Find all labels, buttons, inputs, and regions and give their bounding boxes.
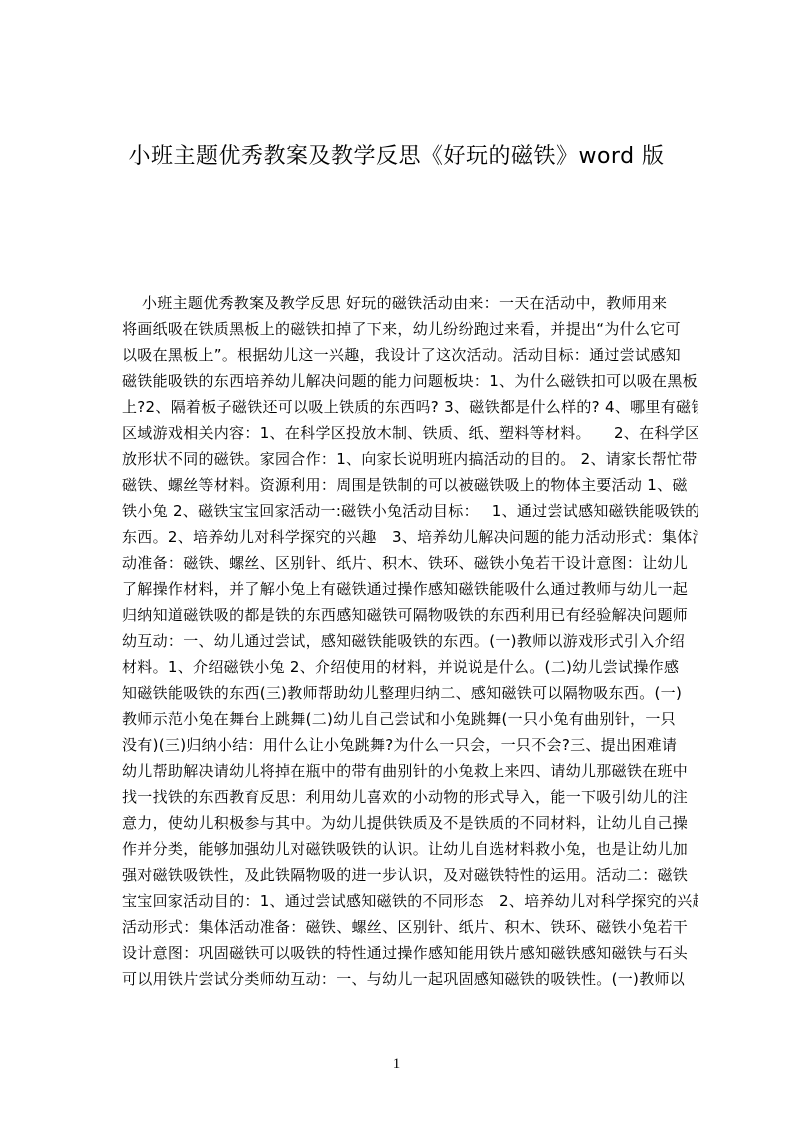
body-line: 东西。2、培养幼儿对科学探究的兴趣 3、培养幼儿解决问题的能力活动形式：集体活 <box>122 524 698 550</box>
body-line: 磁铁能吸铁的东西培养幼儿解决问题的能力问题板块：1、为什么磁铁扣可以吸在黑板 <box>122 368 698 394</box>
body-line: 宝宝回家活动目的：1、通过尝试感知磁铁的不同形态 2、培养幼儿对科学探究的兴趣 <box>122 888 698 914</box>
body-line: 铁小兔 2、磁铁宝宝回家活动一:磁铁小兔活动目标： 1、通过尝试感知磁铁能吸铁的 <box>122 498 698 524</box>
body-line: 没有)(三)归纳小结：用什么让小兔跳舞?为什么一只会，一只不会?三、提出困难请 <box>122 732 698 758</box>
document-body: 小班主题优秀教案及教学反思 好玩的磁铁活动由来：一天在活动中，教师用来 将画纸吸… <box>122 290 698 992</box>
body-line: 归纳知道磁铁吸的都是铁的东西感知磁铁可隔物吸铁的东西利用已有经验解决问题师 <box>122 602 698 628</box>
body-line: 找一找铁的东西教育反思：利用幼儿喜欢的小动物的形式导入，能一下吸引幼儿的注 <box>122 784 698 810</box>
body-line: 放形状不同的磁铁。家园合作：1、向家长说明班内搞活动的目的。 2、请家长帮忙带 <box>122 446 698 472</box>
body-line: 小班主题优秀教案及教学反思 好玩的磁铁活动由来：一天在活动中，教师用来 <box>122 290 698 316</box>
body-line: 可以用铁片尝试分类师幼互动：一、与幼儿一起巩固感知磁铁的吸铁性。(一)教师以 <box>122 966 698 992</box>
body-line: 作并分类，能够加强幼儿对磁铁吸铁的认识。让幼儿自选材料救小兔，也是让幼儿加 <box>122 836 698 862</box>
body-line: 了解操作材料，并了解小兔上有磁铁通过操作感知磁铁能吸什么通过教师与幼儿一起 <box>122 576 698 602</box>
body-line: 设计意图：巩固磁铁可以吸铁的特性通过操作感知能用铁片感知磁铁感知磁铁与石头 <box>122 940 698 966</box>
body-line: 意力，使幼儿积极参与其中。为幼儿提供铁质及不是铁质的不同材料，让幼儿自己操 <box>122 810 698 836</box>
body-line: 幼儿帮助解决请幼儿将掉在瓶中的带有曲别针的小兔救上来四、请幼儿那磁铁在班中 <box>122 758 698 784</box>
body-line: 活动形式：集体活动准备：磁铁、螺丝、区别针、纸片、积木、铁环、磁铁小兔若干 <box>122 914 698 940</box>
page-number: 1 <box>0 1054 793 1074</box>
body-line: 知磁铁能吸铁的东西(三)教师帮助幼儿整理归纳二、感知磁铁可以隔物吸东西。(一) <box>122 680 698 706</box>
body-line: 教师示范小兔在舞台上跳舞(二)幼儿自己尝试和小兔跳舞(一只小兔有曲别针，一只 <box>122 706 698 732</box>
body-line: 将画纸吸在铁质黑板上的磁铁扣掉了下来，幼儿纷纷跑过来看，并提出“为什么它可 <box>122 316 698 342</box>
body-line: 以吸在黑板上”。根据幼儿这一兴趣，我设计了这次活动。活动目标：通过尝试感知 <box>122 342 698 368</box>
body-line: 材料。1、介绍磁铁小兔 2、介绍使用的材料，并说说是什么。(二)幼儿尝试操作感 <box>122 654 698 680</box>
body-line: 上?2、隔着板子磁铁还可以吸上铁质的东西吗? 3、磁铁都是什么样的? 4、哪里有… <box>122 394 698 420</box>
body-line: 幼互动：一、幼儿通过尝试，感知磁铁能吸铁的东西。(一)教师以游戏形式引入介绍 <box>122 628 698 654</box>
body-line: 区域游戏相关内容：1、在科学区投放木制、铁质、纸、塑料等材料。 2、在科学区投 <box>122 420 698 446</box>
body-line: 磁铁、螺丝等材料。资源利用：周围是铁制的可以被磁铁吸上的物体主要活动 1、磁 <box>122 472 698 498</box>
body-line: 强对磁铁吸铁性，及此铁隔物吸的进一步认识，及对磁铁特性的运用。活动二：磁铁 <box>122 862 698 888</box>
document-title: 小班主题优秀教案及教学反思《好玩的磁铁》word 版 <box>0 140 793 174</box>
body-line: 动准备：磁铁、螺丝、区别针、纸片、积木、铁环、磁铁小兔若干设计意图：让幼儿 <box>122 550 698 576</box>
document-page: 小班主题优秀教案及教学反思《好玩的磁铁》word 版 小班主题优秀教案及教学反思… <box>0 0 793 1122</box>
